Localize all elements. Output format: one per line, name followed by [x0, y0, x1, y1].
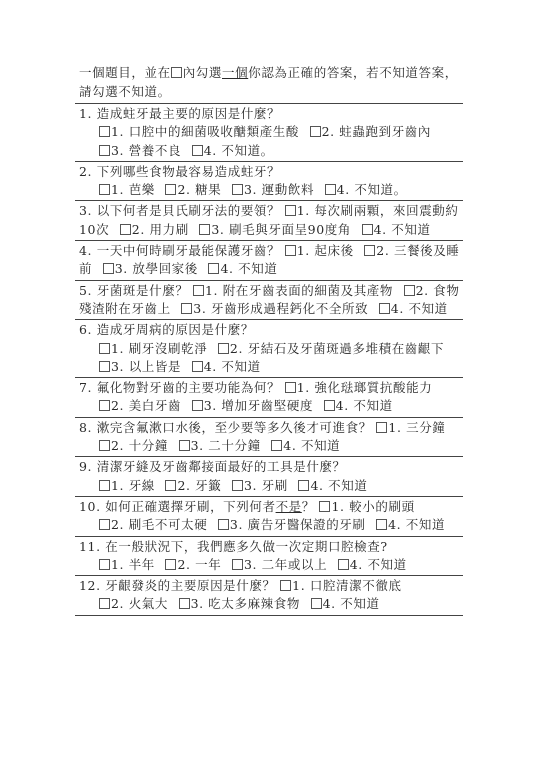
option-4[interactable]: 4. 不知道。 — [325, 182, 407, 197]
option-4[interactable]: 4. 不知道 — [311, 596, 380, 611]
option-2[interactable]: 2. 糖果 — [165, 182, 221, 197]
checkbox[interactable] — [376, 422, 387, 433]
checkbox[interactable] — [192, 361, 203, 372]
question-11: 11. 在一般狀況下，我們應多久做一次定期口腔檢查? 1. 半年 2. 一年 3… — [75, 536, 463, 576]
checkbox[interactable] — [99, 598, 110, 609]
question-9: 9. 清潔牙縫及牙齒鄰接面最好的工具是什麼？ 1. 牙線 2. 牙籤 3. 牙刷… — [75, 456, 463, 496]
checkbox[interactable] — [99, 559, 110, 570]
question-text: 如何正確選擇牙刷，下列何者不是？ — [105, 499, 315, 514]
question-number: 7. — [79, 380, 92, 395]
question-10: 10. 如何正確選擇牙刷，下列何者不是？ 1. 較小的刷頭 2. 刷毛不可太硬 … — [75, 496, 463, 536]
checkbox[interactable] — [232, 184, 243, 195]
question-12: 12. 牙齦發炎的主要原因是什麼？ 1. 口腔清潔不徹底 2. 火氣大 3. 吃… — [75, 575, 463, 616]
question-number: 8. — [79, 420, 92, 435]
option-4[interactable]: 4. 不知道 — [271, 438, 340, 453]
question-2: 2. 下列哪些食物最容易造成蛀牙？ 1. 芭樂 2. 糖果 3. 運動飲料 4.… — [75, 161, 463, 201]
checkbox[interactable] — [310, 126, 321, 137]
option-4[interactable]: 4. 不知道 — [362, 222, 431, 237]
option-3[interactable]: 3. 廣告牙醫保證的牙刷 — [218, 517, 366, 532]
question-text: 牙齦發炎的主要原因是什麼？ — [105, 578, 275, 593]
question-number: 11. — [79, 539, 101, 554]
checkbox[interactable] — [181, 303, 192, 314]
checkbox[interactable] — [285, 382, 296, 393]
checkbox[interactable] — [99, 440, 110, 451]
question-text: 漱完含氟漱口水後，至少要等多久後才可進食？ — [97, 420, 372, 435]
checkbox[interactable] — [192, 145, 203, 156]
question-number: 10. — [79, 499, 101, 514]
checkbox[interactable] — [364, 245, 375, 256]
question-number: 4. — [79, 243, 92, 258]
option-1[interactable]: 1. 芭樂 — [99, 182, 155, 197]
question-text: 氟化物對牙齒的主要功能為何？ — [97, 380, 280, 395]
checkbox[interactable] — [280, 580, 291, 591]
question-number: 9. — [79, 459, 92, 474]
option-3[interactable]: 3. 二年或以上 — [232, 557, 327, 572]
option-1[interactable]: 1. 刷牙沒刷乾淨 — [99, 341, 207, 356]
checkbox[interactable] — [218, 343, 229, 354]
option-1[interactable]: 1. 口腔清潔不徹底 — [280, 578, 401, 593]
checkbox[interactable] — [271, 440, 282, 451]
option-4[interactable]: 4. 不知道 — [208, 261, 277, 276]
option-1[interactable]: 1. 口腔中的細菌吸收醣類產生酸 — [99, 124, 299, 139]
checkbox[interactable] — [99, 400, 110, 411]
option-3[interactable]: 3. 運動飲料 — [232, 182, 314, 197]
checkbox[interactable] — [324, 400, 335, 411]
option-1[interactable]: 1. 牙線 — [99, 478, 155, 493]
checkbox[interactable] — [199, 224, 210, 235]
option-1[interactable]: 1. 較小的刷頭 — [319, 499, 414, 514]
checkbox[interactable] — [208, 263, 219, 274]
checkbox[interactable] — [99, 184, 110, 195]
option-2[interactable]: 2. 一年 — [165, 557, 221, 572]
checkbox[interactable] — [99, 480, 110, 491]
checkbox[interactable] — [179, 598, 190, 609]
checkbox[interactable] — [120, 224, 131, 235]
checkbox[interactable] — [99, 126, 110, 137]
checkbox[interactable] — [103, 263, 114, 274]
option-3[interactable]: 3. 吃太多麻辣食物 — [179, 596, 300, 611]
option-2[interactable]: 2. 火氣大 — [99, 596, 168, 611]
checkbox[interactable] — [192, 400, 203, 411]
question-number: 12. — [79, 578, 101, 593]
option-2[interactable]: 2. 美白牙齒 — [99, 398, 181, 413]
option-1[interactable]: 1. 起床後 — [285, 243, 354, 258]
option-1[interactable]: 1. 三分鐘 — [376, 420, 445, 435]
option-4[interactable]: 4. 不知道 — [298, 478, 367, 493]
option-3[interactable]: 3. 二十分鐘 — [179, 438, 261, 453]
emphasis-not: 不是 — [276, 499, 302, 514]
checkbox[interactable] — [311, 598, 322, 609]
option-1[interactable]: 1. 強化琺瑯質抗酸能力 — [285, 380, 433, 395]
question-number: 3. — [79, 203, 92, 218]
option-4[interactable]: 4. 不知道 — [376, 517, 445, 532]
option-4[interactable]: 4. 不知道。 — [192, 143, 274, 158]
checkbox[interactable] — [285, 205, 296, 216]
checkbox[interactable] — [193, 285, 204, 296]
checkbox[interactable] — [325, 184, 336, 195]
checkbox[interactable] — [179, 440, 190, 451]
checkbox[interactable] — [338, 559, 349, 570]
question-4: 4. 一天中何時刷牙最能保護牙齒？ 1. 起床後 2. 三餐後及睡前 3. 放學… — [75, 240, 463, 280]
option-4[interactable]: 4. 不知道 — [192, 359, 261, 374]
option-4[interactable]: 4. 不知道 — [324, 398, 393, 413]
checkbox[interactable] — [165, 184, 176, 195]
question-6: 6. 造成牙周病的原因是什麼？ 1. 刷牙沒刷乾淨 2. 牙結石及牙菌斑過多堆積… — [75, 319, 463, 377]
question-8: 8. 漱完含氟漱口水後，至少要等多久後才可進食？ 1. 三分鐘 2. 十分鐘 3… — [75, 417, 463, 457]
option-2[interactable]: 2. 牙籤 — [165, 478, 221, 493]
question-text: 以下何者是貝氏刷牙法的要領？ — [97, 203, 280, 218]
question-text: 在一般狀況下，我們應多久做一次定期口腔檢查? — [105, 539, 387, 554]
option-3[interactable]: 3. 牙刷 — [232, 478, 288, 493]
checkbox[interactable] — [99, 519, 110, 530]
option-1[interactable]: 1. 附在牙齒表面的細菌及其產物 — [193, 283, 393, 298]
checkbox[interactable] — [285, 245, 296, 256]
option-3[interactable]: 3. 刷毛與牙面呈90度角 — [199, 222, 351, 237]
instructions: 一個題目，並在內勾選一個你認為正確的答案，若不知道答案，請勾選不知道。 — [75, 64, 463, 101]
checkbox[interactable] — [362, 224, 373, 235]
option-3[interactable]: 3. 放學回家後 — [103, 261, 198, 276]
checkbox[interactable] — [99, 145, 110, 156]
question-7: 7. 氟化物對牙齒的主要功能為何？ 1. 強化琺瑯質抗酸能力 2. 美白牙齒 3… — [75, 377, 463, 417]
question-number: 1. — [79, 106, 92, 121]
checkbox[interactable] — [99, 361, 110, 372]
question-text: 一天中何時刷牙最能保護牙齒？ — [97, 243, 280, 258]
question-text: 造成牙周病的原因是什麼？ — [97, 322, 254, 337]
option-1[interactable]: 1. 半年 — [99, 557, 155, 572]
checkbox[interactable] — [218, 519, 229, 530]
checkbox[interactable] — [232, 480, 243, 491]
checkbox[interactable] — [232, 559, 243, 570]
question-text: 下列哪些食物最容易造成蛀牙？ — [97, 164, 280, 179]
option-2[interactable]: 2. 蛀蟲跑到牙齒內 — [310, 124, 431, 139]
option-2[interactable]: 2. 牙結石及牙菌斑過多堆積在齒齦下 — [218, 341, 444, 356]
question-text: 牙菌斑是什麼？ — [97, 283, 189, 298]
question-text: 造成蛀牙最主要的原因是什麼？ — [97, 106, 280, 121]
question-5: 5. 牙菌斑是什麼？ 1. 附在牙齒表面的細菌及其產物 2. 食物殘渣附在牙齒上… — [75, 280, 463, 320]
option-2[interactable]: 2. 用力刷 — [120, 222, 189, 237]
checkbox[interactable] — [379, 303, 390, 314]
option-3[interactable]: 3. 增加牙齒堅硬度 — [192, 398, 313, 413]
option-4[interactable]: 4. 不知道 — [379, 301, 448, 316]
question-number: 2. — [79, 164, 92, 179]
option-3[interactable]: 3. 以上皆是 — [99, 359, 181, 374]
option-2[interactable]: 2. 十分鐘 — [99, 438, 168, 453]
checkbox[interactable] — [165, 480, 176, 491]
instructions-part1: 一個題目，並在 — [79, 65, 171, 80]
instructions-part2: 內勾選 — [183, 65, 222, 80]
option-4[interactable]: 4. 不知道 — [338, 557, 407, 572]
checkbox[interactable] — [404, 285, 415, 296]
checkbox[interactable] — [99, 343, 110, 354]
instructions-underlined: 一個 — [222, 65, 248, 80]
checkbox-sample-icon — [171, 67, 182, 78]
checkbox[interactable] — [165, 559, 176, 570]
question-number: 5. — [79, 283, 92, 298]
checkbox[interactable] — [298, 480, 309, 491]
question-text: 清潔牙縫及牙齒鄰接面最好的工具是什麼？ — [97, 459, 346, 474]
checkbox[interactable] — [376, 519, 387, 530]
questionnaire-page: 一個題目，並在內勾選一個你認為正確的答案，若不知道答案，請勾選不知道。 1. 造… — [75, 64, 463, 616]
question-3: 3. 以下何者是貝氏刷牙法的要領？ 1. 每次刷兩顆，來回震動約10次 2. 用… — [75, 200, 463, 240]
question-1: 1. 造成蛀牙最主要的原因是什麼？ 1. 口腔中的細菌吸收醣類產生酸 2. 蛀蟲… — [75, 103, 463, 161]
option-2[interactable]: 2. 刷毛不可太硬 — [99, 517, 207, 532]
question-number: 6. — [79, 322, 92, 337]
option-3[interactable]: 3. 牙齒形成過程鈣化不全所致 — [181, 301, 368, 316]
option-3[interactable]: 3. 營養不良 — [99, 143, 181, 158]
checkbox[interactable] — [319, 501, 330, 512]
